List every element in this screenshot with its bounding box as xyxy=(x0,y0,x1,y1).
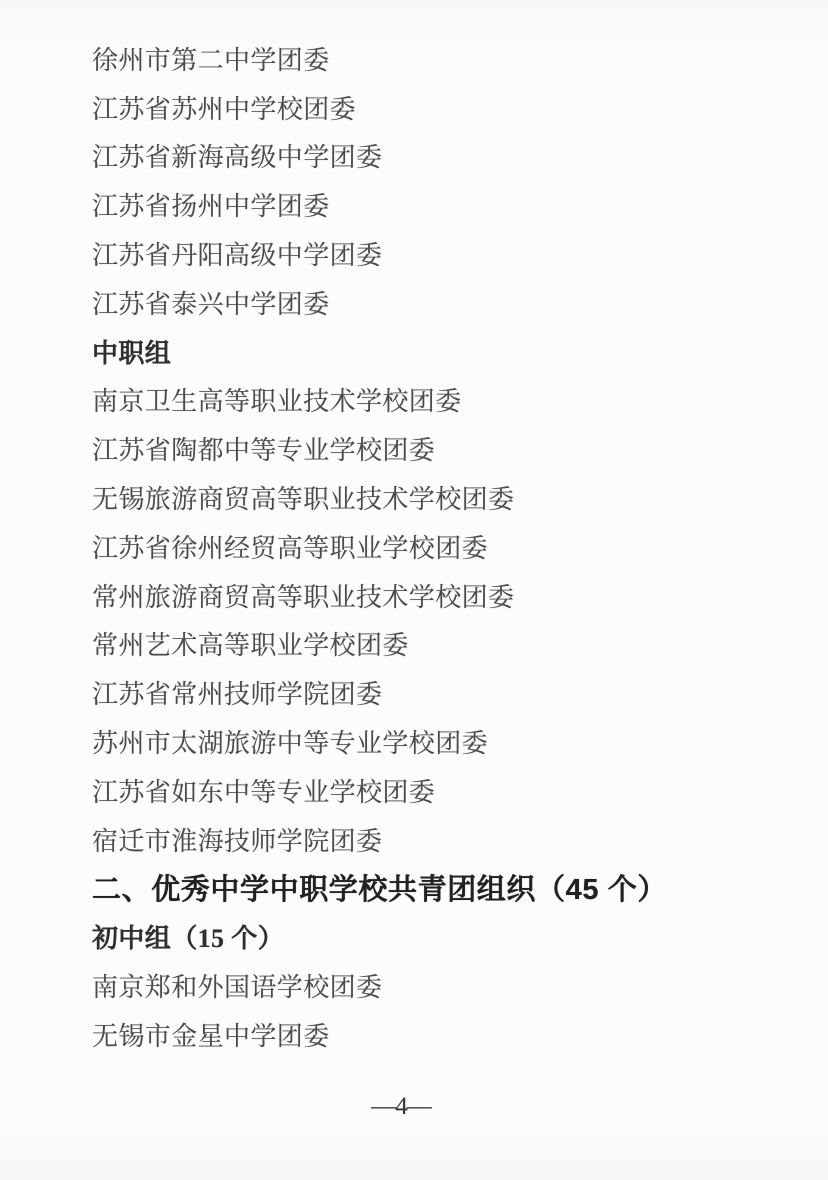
list-item: 常州旅游商贸高等职业技术学校团委 xyxy=(0,571,828,620)
list-item: 江苏省徐州经贸高等职业学校团委 xyxy=(0,522,828,571)
list-item: 南京卫生高等职业技术学校团委 xyxy=(0,376,828,425)
group-heading: 中职组 xyxy=(0,327,828,376)
list-item: 江苏省如东中等专业学校团委 xyxy=(0,766,828,815)
list-item: 江苏省常州技师学院团委 xyxy=(0,668,828,717)
list-item: 无锡旅游商贸高等职业技术学校团委 xyxy=(0,473,828,522)
group-heading: 初中组（15 个） xyxy=(0,912,828,961)
list-item: 无锡市金星中学团委 xyxy=(0,1010,828,1059)
list-item: 江苏省泰兴中学团委 xyxy=(0,278,828,327)
award-list: 徐州市第二中学团委江苏省苏州中学校团委江苏省新海高级中学团委江苏省扬州中学团委江… xyxy=(0,34,828,1059)
list-item: 南京郑和外国语学校团委 xyxy=(0,961,828,1010)
list-item: 江苏省新海高级中学团委 xyxy=(0,132,828,181)
list-item: 江苏省苏州中学校团委 xyxy=(0,83,828,132)
section-heading: 二、优秀中学中职学校共青团组织（45 个） xyxy=(0,864,828,913)
list-item: 江苏省丹阳高级中学团委 xyxy=(0,229,828,278)
list-item: 苏州市太湖旅游中等专业学校团委 xyxy=(0,717,828,766)
page-number: —4— xyxy=(0,1093,815,1121)
list-item: 江苏省扬州中学团委 xyxy=(0,180,828,229)
list-item: 宿迁市淮海技师学院团委 xyxy=(0,815,828,864)
document-page: 徐州市第二中学团委江苏省苏州中学校团委江苏省新海高级中学团委江苏省扬州中学团委江… xyxy=(0,0,828,1180)
list-item: 常州艺术高等职业学校团委 xyxy=(0,620,828,669)
list-item: 江苏省陶都中等专业学校团委 xyxy=(0,424,828,473)
list-item: 徐州市第二中学团委 xyxy=(0,34,828,83)
